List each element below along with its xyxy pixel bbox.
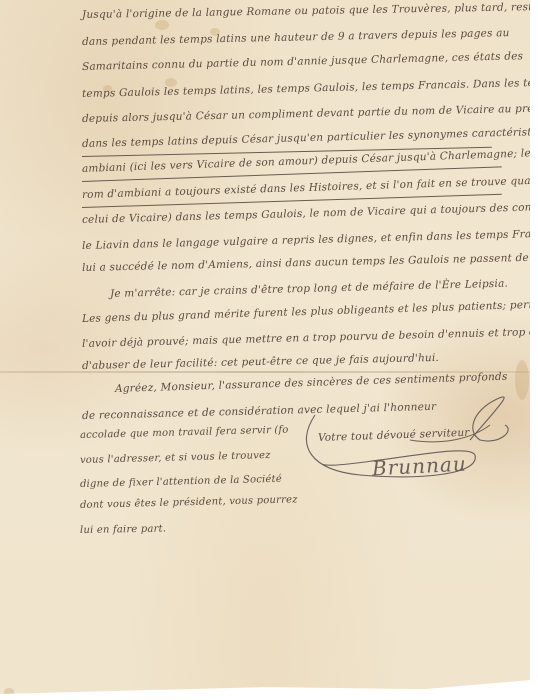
postscript-line: lui en faire part. xyxy=(80,523,166,536)
paper-stain xyxy=(155,20,169,30)
manuscript-page: Jusqu'à l'origine de la langue Romane ou… xyxy=(0,0,530,694)
letter-line: l'avoir déjà prouvé; mais que mettre en … xyxy=(82,325,538,350)
letter-line: depuis alors jusqu'à César un compliment… xyxy=(82,102,538,125)
letter-line: d'abuser de leur facilité: cet peut-être… xyxy=(82,352,439,372)
postscript-line: vous l'adresser, et si vous le trouvez xyxy=(80,450,271,466)
signature-flourish-icon xyxy=(300,385,530,505)
letter-line: dans les temps latins depuis César jusqu… xyxy=(82,124,538,150)
letter-line: Jusqu'à l'origine de la langue Romane ou… xyxy=(82,1,538,21)
letter-line: le Liavin dans le langage vulgaire a rep… xyxy=(82,227,538,252)
letter-line: lui a succédé le nom d'Amiens, ainsi dan… xyxy=(82,251,538,274)
postscript-line: digne de fixer l'attention de la Société xyxy=(80,474,282,490)
letter-line: temps Gaulois les temps latins, les temp… xyxy=(82,76,538,100)
paper-stain xyxy=(4,688,14,696)
postscript-line: accolade que mon travail fera servir (fo xyxy=(80,425,289,441)
letter-line: Samaritains connu du partie du nom d'ann… xyxy=(82,50,523,73)
letter-line: Les gens du plus grand mérite furent les… xyxy=(82,298,538,325)
letter-line: dans pendant les temps latins une hauteu… xyxy=(82,27,510,48)
postscript-line: dont vous êtes le président, vous pourre… xyxy=(80,494,298,511)
letter-line: Je m'arrête: car je crains d'être trop l… xyxy=(110,278,508,300)
